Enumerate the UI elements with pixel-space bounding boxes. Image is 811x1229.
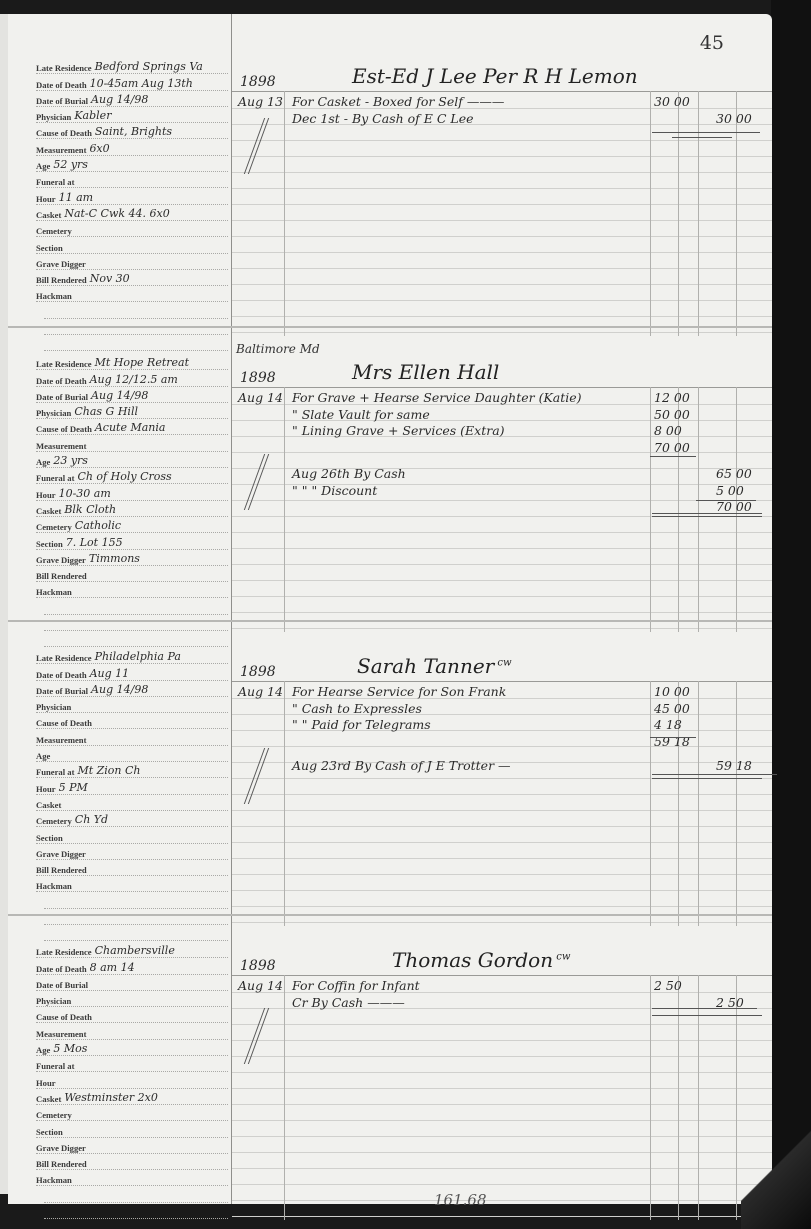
ledger-desc: For Coffin for Infant	[292, 978, 662, 993]
ledger-desc: " Lining Grave + Services (Extra)	[292, 423, 662, 438]
field-label: Late Residence	[36, 947, 92, 957]
ledger-credit: 5 00	[716, 483, 776, 498]
form-field-age: Age	[36, 746, 228, 762]
field-label: Casket	[36, 1094, 61, 1104]
ruled-line	[232, 612, 772, 613]
ruled-line	[232, 874, 772, 875]
form-field-casket: CasketBlk Cloth	[36, 501, 228, 517]
ruled-line	[232, 236, 772, 237]
field-label: Grave Digger	[36, 259, 86, 269]
form-field-age: Age5 Mos	[36, 1040, 228, 1056]
ledger-credit: 59 18	[716, 758, 776, 773]
account-header-rule	[232, 975, 772, 976]
field-label: Cemetery	[36, 226, 72, 236]
field-value: Ch of Holy Cross	[77, 471, 171, 483]
field-label: Casket	[36, 210, 61, 220]
field-value: Aug 14/98	[91, 390, 148, 402]
ruled-line	[232, 596, 772, 597]
field-label: Grave Digger	[36, 555, 86, 565]
form-field-section: Section	[36, 1121, 228, 1137]
field-label: Date of Burial	[36, 686, 88, 696]
field-value: Ch Yd	[75, 814, 108, 826]
field-label: Cause of Death	[36, 128, 92, 138]
ruled-line	[232, 268, 772, 269]
account-header-rule	[232, 387, 772, 388]
burial-form: Late ResidencePhiladelphia PaDate of Dea…	[36, 648, 228, 941]
ruled-line	[232, 300, 772, 301]
form-field-hour: Hour10-30 am	[36, 484, 228, 500]
field-label: Bill Rendered	[36, 571, 87, 581]
ledger-line: 70 00	[232, 499, 772, 517]
blank-line	[44, 892, 228, 908]
ledger-credit: 65 00	[716, 466, 776, 481]
form-field-late-residence: Late ResidenceMt Hope Retreat	[36, 354, 228, 370]
form-field-cause-of-death: Cause of DeathSaint, Brights	[36, 123, 228, 139]
burial-entry: Late ResidenceMt Hope RetreatDate of Dea…	[8, 342, 772, 632]
form-field-measurement: Measurement6x0	[36, 139, 228, 155]
field-label: Funeral at	[36, 473, 74, 483]
account-header-rule	[232, 91, 772, 92]
ledger-desc: Aug 23rd By Cash of J E Trotter —	[292, 758, 662, 773]
form-field-hackman: Hackman	[36, 286, 228, 302]
ledger-line: " " " Discount5 00	[232, 483, 772, 501]
ledger-debit: 45 00	[654, 701, 714, 716]
ledger-line: Cr By Cash ———2 50	[232, 995, 772, 1013]
field-label: Hour	[36, 1078, 56, 1088]
ledger-line: Aug 13For Casket - Boxed for Self ———30 …	[232, 94, 772, 112]
ledger-debit: 4 18	[654, 717, 714, 732]
field-label: Date of Death	[36, 376, 87, 386]
account-year: 1898	[240, 74, 276, 90]
ledger-line: Aug 26th By Cash65 00	[232, 466, 772, 484]
ledger-debit: 10 00	[654, 684, 714, 699]
total-rule	[652, 1008, 757, 1009]
ledger-desc: " " Paid for Telegrams	[292, 717, 662, 732]
ledger-desc: " Slate Vault for same	[292, 407, 662, 422]
field-label: Date of Death	[36, 80, 87, 90]
ruled-line	[232, 1040, 772, 1041]
field-value: Nat-C Cwk 44. 6x0	[64, 208, 169, 220]
form-field-grave-digger: Grave Digger	[36, 254, 228, 270]
residence-continuation: Baltimore Md	[236, 342, 320, 356]
total-rule	[652, 1015, 762, 1016]
ruled-line	[232, 564, 772, 565]
form-field-date-of-death: Date of DeathAug 11	[36, 664, 228, 680]
field-label: Section	[36, 1127, 63, 1137]
ledger-account: Baltimore Md1898Mrs Ellen HallAug 14For …	[232, 342, 772, 632]
burial-form: Late ResidenceChambersvilleDate of Death…	[36, 942, 228, 1229]
ledger-line: Dec 1st - By Cash of E C Lee30 00	[232, 111, 772, 129]
form-field-hour: Hour11 am	[36, 188, 228, 204]
field-value: Westminster 2x0	[64, 1092, 158, 1104]
ruled-line	[232, 252, 772, 253]
form-field-funeral-at: Funeral at	[36, 1056, 228, 1072]
ledger-line: Aug 14For Hearse Service for Son Frank10…	[232, 684, 772, 702]
ledger-line: Aug 14For Coffin for Infant2 50	[232, 978, 772, 996]
account-name-suffix: cw	[553, 951, 570, 962]
ruled-line	[232, 284, 772, 285]
ruled-line	[232, 628, 772, 629]
form-field-cause-of-death: Cause of Death	[36, 1007, 228, 1023]
field-value: 5 Mos	[53, 1043, 87, 1055]
field-label: Hackman	[36, 1175, 72, 1185]
form-field-physician: Physician	[36, 697, 228, 713]
form-field-cause-of-death: Cause of Death	[36, 713, 228, 729]
ledger-line: " Slate Vault for same50 00	[232, 407, 772, 425]
ruled-line	[232, 1024, 772, 1025]
field-value: 52 yrs	[53, 159, 88, 171]
ledger-desc: Dec 1st - By Cash of E C Lee	[292, 111, 662, 126]
ruled-line	[232, 1168, 772, 1169]
total-rule	[652, 132, 760, 133]
check-mark	[244, 748, 269, 804]
ruled-line	[232, 316, 772, 317]
field-value: Catholic	[75, 520, 121, 532]
field-value: 10-45am Aug 13th	[90, 78, 193, 90]
ruled-line	[232, 580, 772, 581]
field-label: Cemetery	[36, 522, 72, 532]
scan-background	[771, 0, 811, 1229]
ruled-line	[232, 794, 772, 795]
form-field-cemetery: Cemetery	[36, 221, 228, 237]
ledger-line: " " Paid for Telegrams4 18	[232, 717, 772, 735]
field-label: Section	[36, 243, 63, 253]
form-field-date-of-death: Date of Death10-45am Aug 13th	[36, 74, 228, 90]
form-field-section: Section	[36, 237, 228, 253]
field-label: Bill Rendered	[36, 1159, 87, 1169]
field-label: Casket	[36, 800, 61, 810]
ledger-desc: For Hearse Service for Son Frank	[292, 684, 662, 699]
account-name-text: Mrs Ellen Hall	[352, 360, 499, 384]
form-field-hackman: Hackman	[36, 1170, 228, 1186]
field-value: 6x0	[89, 143, 109, 155]
ruled-line	[232, 220, 772, 221]
field-value: Aug 14/98	[91, 94, 148, 106]
form-field-physician: PhysicianChas G Hill	[36, 403, 228, 419]
ledger-debit: 50 00	[654, 407, 714, 422]
ruled-line	[232, 826, 772, 827]
field-value: Aug 11	[90, 668, 130, 680]
field-value: Kabler	[74, 110, 111, 122]
burial-form: Late ResidenceMt Hope RetreatDate of Dea…	[36, 354, 228, 647]
field-label: Cemetery	[36, 1110, 72, 1120]
form-field-bill-rendered: Bill Rendered	[36, 566, 228, 582]
blank-line	[44, 598, 228, 614]
ruled-line	[232, 1056, 772, 1057]
field-label: Late Residence	[36, 359, 92, 369]
field-label: Hour	[36, 784, 56, 794]
blank-line	[44, 1186, 228, 1202]
field-label: Hour	[36, 194, 56, 204]
form-field-funeral-at: Funeral at	[36, 172, 228, 188]
blank-line	[44, 615, 228, 631]
form-field-physician: Physician	[36, 991, 228, 1007]
ledger-desc: Aug 26th By Cash	[292, 466, 662, 481]
form-field-age: Age52 yrs	[36, 156, 228, 172]
field-value: Mt Zion Ch	[77, 765, 140, 777]
ledger-credit: 70 00	[716, 499, 776, 514]
form-field-measurement: Measurement	[36, 729, 228, 745]
field-label: Date of Burial	[36, 96, 88, 106]
field-label: Age	[36, 457, 50, 467]
blank-line	[44, 1203, 228, 1219]
field-label: Hour	[36, 490, 56, 500]
form-field-cemetery: CemeteryCh Yd	[36, 811, 228, 827]
ledger-desc: For Grave + Hearse Service Daughter (Kat…	[292, 390, 662, 405]
account-year: 1898	[240, 958, 276, 974]
account-name: Sarah Tanner cw	[357, 654, 512, 678]
account-year: 1898	[240, 370, 276, 386]
field-label: Casket	[36, 506, 61, 516]
ruled-line	[232, 1088, 772, 1089]
ledger-account: 1898Thomas Gordon cwAug 14For Coffin for…	[232, 930, 772, 1220]
field-value: 10-30 am	[59, 488, 111, 500]
total-rule	[652, 778, 762, 779]
ledger-debit: 30 00	[654, 94, 714, 109]
field-label: Date of Burial	[36, 980, 88, 990]
ledger-debit: 12 00	[654, 390, 714, 405]
field-value: Chambersville	[95, 945, 175, 957]
ruled-line	[232, 858, 772, 859]
form-field-grave-digger: Grave Digger	[36, 844, 228, 860]
account-name: Thomas Gordon cw	[392, 948, 570, 972]
ruled-line	[232, 1136, 772, 1137]
subtotal-rule	[650, 737, 696, 738]
entry-separator	[8, 914, 772, 916]
account-name-suffix: cw	[494, 657, 511, 668]
ledger-desc: " Cash to Expressles	[292, 701, 662, 716]
account-name: Est-Ed J Lee Per R H Lemon	[352, 64, 638, 88]
form-field-hackman: Hackman	[36, 876, 228, 892]
form-field-date-of-burial: Date of BurialAug 14/98	[36, 387, 228, 403]
ruled-line	[232, 532, 772, 533]
ruled-line	[232, 1120, 772, 1121]
field-label: Hackman	[36, 881, 72, 891]
field-label: Measurement	[36, 145, 86, 155]
ledger-debit: 59 18	[654, 734, 714, 749]
ruled-line	[232, 922, 772, 923]
field-value: Timmons	[89, 553, 140, 565]
form-field-late-residence: Late ResidenceBedford Springs Va	[36, 58, 228, 74]
field-value: 7. Lot 155	[66, 537, 123, 549]
field-label: Section	[36, 833, 63, 843]
ruled-line	[232, 1104, 772, 1105]
field-label: Cemetery	[36, 816, 72, 826]
form-field-age: Age23 yrs	[36, 452, 228, 468]
form-field-cemetery: CemeteryCatholic	[36, 517, 228, 533]
blank-line	[44, 302, 228, 318]
ledger-desc: For Casket - Boxed for Self ———	[292, 94, 662, 109]
form-field-section: Section	[36, 827, 228, 843]
field-label: Cause of Death	[36, 424, 92, 434]
ruled-line	[232, 1152, 772, 1153]
subtotal-rule	[650, 456, 696, 457]
ledger-page: 45 Late ResidenceBedford Springs VaDate …	[8, 14, 772, 1204]
field-value: 23 yrs	[53, 455, 88, 467]
ledger-account: 1898Est-Ed J Lee Per R H LemonAug 13For …	[232, 46, 772, 336]
field-label: Physician	[36, 408, 71, 418]
form-field-measurement: Measurement	[36, 1023, 228, 1039]
field-value: Bedford Springs Va	[95, 61, 203, 73]
field-value: Acute Mania	[95, 422, 166, 434]
ruled-line	[232, 1200, 772, 1201]
field-value: Philadelphia Pa	[95, 651, 181, 663]
total-rule	[652, 516, 762, 517]
account-name-text: Thomas Gordon	[392, 948, 553, 972]
ledger-date: Aug 14	[238, 390, 292, 405]
field-value: Mt Hope Retreat	[95, 357, 189, 369]
field-label: Measurement	[36, 441, 86, 451]
field-label: Date of Death	[36, 670, 87, 680]
entry-separator	[8, 620, 772, 622]
ruled-line	[232, 842, 772, 843]
field-label: Hackman	[36, 587, 72, 597]
burial-entry: Late ResidencePhiladelphia PaDate of Dea…	[8, 636, 772, 926]
form-field-late-residence: Late ResidencePhiladelphia Pa	[36, 648, 228, 664]
field-label: Date of Burial	[36, 392, 88, 402]
form-field-date-of-death: Date of Death8 am 14	[36, 958, 228, 974]
form-field-casket: CasketWestminster 2x0	[36, 1089, 228, 1105]
ledger-line: Aug 14For Grave + Hearse Service Daughte…	[232, 390, 772, 408]
account-name: Mrs Ellen Hall	[352, 360, 499, 384]
field-label: Grave Digger	[36, 1143, 86, 1153]
burial-entry: Late ResidenceChambersvilleDate of Death…	[8, 930, 772, 1220]
field-label: Section	[36, 539, 63, 549]
form-field-funeral-at: Funeral atCh of Holy Cross	[36, 468, 228, 484]
field-label: Physician	[36, 112, 71, 122]
form-field-hour: Hour5 PM	[36, 778, 228, 794]
ruled-line	[232, 156, 772, 157]
form-field-casket: CasketNat-C Cwk 44. 6x0	[36, 205, 228, 221]
field-label: Date of Death	[36, 964, 87, 974]
field-value: Saint, Brights	[95, 126, 172, 138]
form-field-measurement: Measurement	[36, 435, 228, 451]
field-label: Late Residence	[36, 63, 92, 73]
ruled-line	[232, 172, 772, 173]
ledger-date: Aug 13	[238, 94, 292, 109]
ruled-line	[232, 188, 772, 189]
field-label: Age	[36, 161, 50, 171]
field-value: Nov 30	[90, 273, 130, 285]
form-field-bill-rendered: Bill Rendered	[36, 1154, 228, 1170]
ruled-line	[232, 548, 772, 549]
field-label: Funeral at	[36, 1061, 74, 1071]
field-label: Physician	[36, 996, 71, 1006]
field-value: Aug 12/12.5 am	[90, 374, 178, 386]
subtotal-rule	[696, 500, 756, 501]
total-rule	[652, 513, 762, 514]
ruled-line	[232, 204, 772, 205]
field-value: 5 PM	[59, 782, 88, 794]
field-label: Grave Digger	[36, 849, 86, 859]
total-rule	[652, 774, 777, 775]
ruled-line	[232, 890, 772, 891]
account-name-text: Sarah Tanner	[357, 654, 494, 678]
ruled-line	[232, 1184, 772, 1185]
ruled-line	[232, 1216, 772, 1217]
ledger-date: Aug 14	[238, 978, 292, 993]
field-label: Funeral at	[36, 177, 74, 187]
form-field-bill-rendered: Bill Rendered	[36, 860, 228, 876]
field-label: Hackman	[36, 291, 72, 301]
form-field-date-of-death: Date of DeathAug 12/12.5 am	[36, 370, 228, 386]
ruled-line	[232, 810, 772, 811]
field-value: 8 am 14	[90, 962, 135, 974]
book-corner	[741, 1119, 811, 1229]
field-label: Physician	[36, 702, 71, 712]
form-field-hour: Hour	[36, 1072, 228, 1088]
form-field-cause-of-death: Cause of DeathAcute Mania	[36, 419, 228, 435]
form-field-date-of-burial: Date of BurialAug 14/98	[36, 681, 228, 697]
account-name-text: Est-Ed J Lee Per R H Lemon	[352, 64, 638, 88]
ledger-line: " Lining Grave + Services (Extra)8 00	[232, 423, 772, 441]
field-value: Blk Cloth	[64, 504, 116, 516]
field-label: Bill Rendered	[36, 865, 87, 875]
ledger-credit: 30 00	[716, 111, 776, 126]
ledger-desc: " " " Discount	[292, 483, 662, 498]
field-label: Measurement	[36, 735, 86, 745]
blank-line	[44, 909, 228, 925]
form-field-hackman: Hackman	[36, 582, 228, 598]
field-value: 11 am	[59, 192, 93, 204]
field-label: Cause of Death	[36, 718, 92, 728]
ruled-line	[232, 1072, 772, 1073]
ledger-debit: 2 50	[654, 978, 714, 993]
ledger-date: Aug 14	[238, 684, 292, 699]
form-field-bill-rendered: Bill RenderedNov 30	[36, 270, 228, 286]
form-field-grave-digger: Grave Digger	[36, 1138, 228, 1154]
ledger-account: 1898Sarah Tanner cwAug 14For Hearse Serv…	[232, 636, 772, 926]
field-label: Age	[36, 751, 50, 761]
field-label: Age	[36, 1045, 50, 1055]
form-field-cemetery: Cemetery	[36, 1105, 228, 1121]
burial-entry: Late ResidenceBedford Springs VaDate of …	[8, 46, 772, 336]
field-label: Cause of Death	[36, 1012, 92, 1022]
ruled-line	[232, 140, 772, 141]
form-field-casket: Casket	[36, 795, 228, 811]
form-field-date-of-burial: Date of BurialAug 14/98	[36, 91, 228, 107]
form-field-section: Section7. Lot 155	[36, 533, 228, 549]
form-field-date-of-burial: Date of Burial	[36, 975, 228, 991]
field-label: Measurement	[36, 1029, 86, 1039]
field-label: Bill Rendered	[36, 275, 87, 285]
ledger-line: " Cash to Expressles45 00	[232, 701, 772, 719]
field-label: Funeral at	[36, 767, 74, 777]
ledger-desc: Cr By Cash ———	[292, 995, 662, 1010]
burial-form: Late ResidenceBedford Springs VaDate of …	[36, 58, 228, 351]
field-label: Late Residence	[36, 653, 92, 663]
form-field-late-residence: Late ResidenceChambersville	[36, 942, 228, 958]
field-value: Aug 14/98	[91, 684, 148, 696]
entry-separator	[8, 326, 772, 328]
field-value: Chas G Hill	[74, 406, 138, 418]
page-total: 161.68	[434, 1191, 487, 1209]
account-header-rule	[232, 681, 772, 682]
blank-line	[44, 1219, 228, 1229]
form-field-funeral-at: Funeral atMt Zion Ch	[36, 762, 228, 778]
ledger-debit: 70 00	[654, 440, 714, 455]
total-rule	[672, 137, 732, 138]
ruled-line	[232, 906, 772, 907]
ledger-line: 70 00	[232, 440, 772, 458]
form-field-physician: PhysicianKabler	[36, 107, 228, 123]
ruled-line	[232, 332, 772, 333]
ledger-debit: 8 00	[654, 423, 714, 438]
account-year: 1898	[240, 664, 276, 680]
form-field-grave-digger: Grave DiggerTimmons	[36, 550, 228, 566]
